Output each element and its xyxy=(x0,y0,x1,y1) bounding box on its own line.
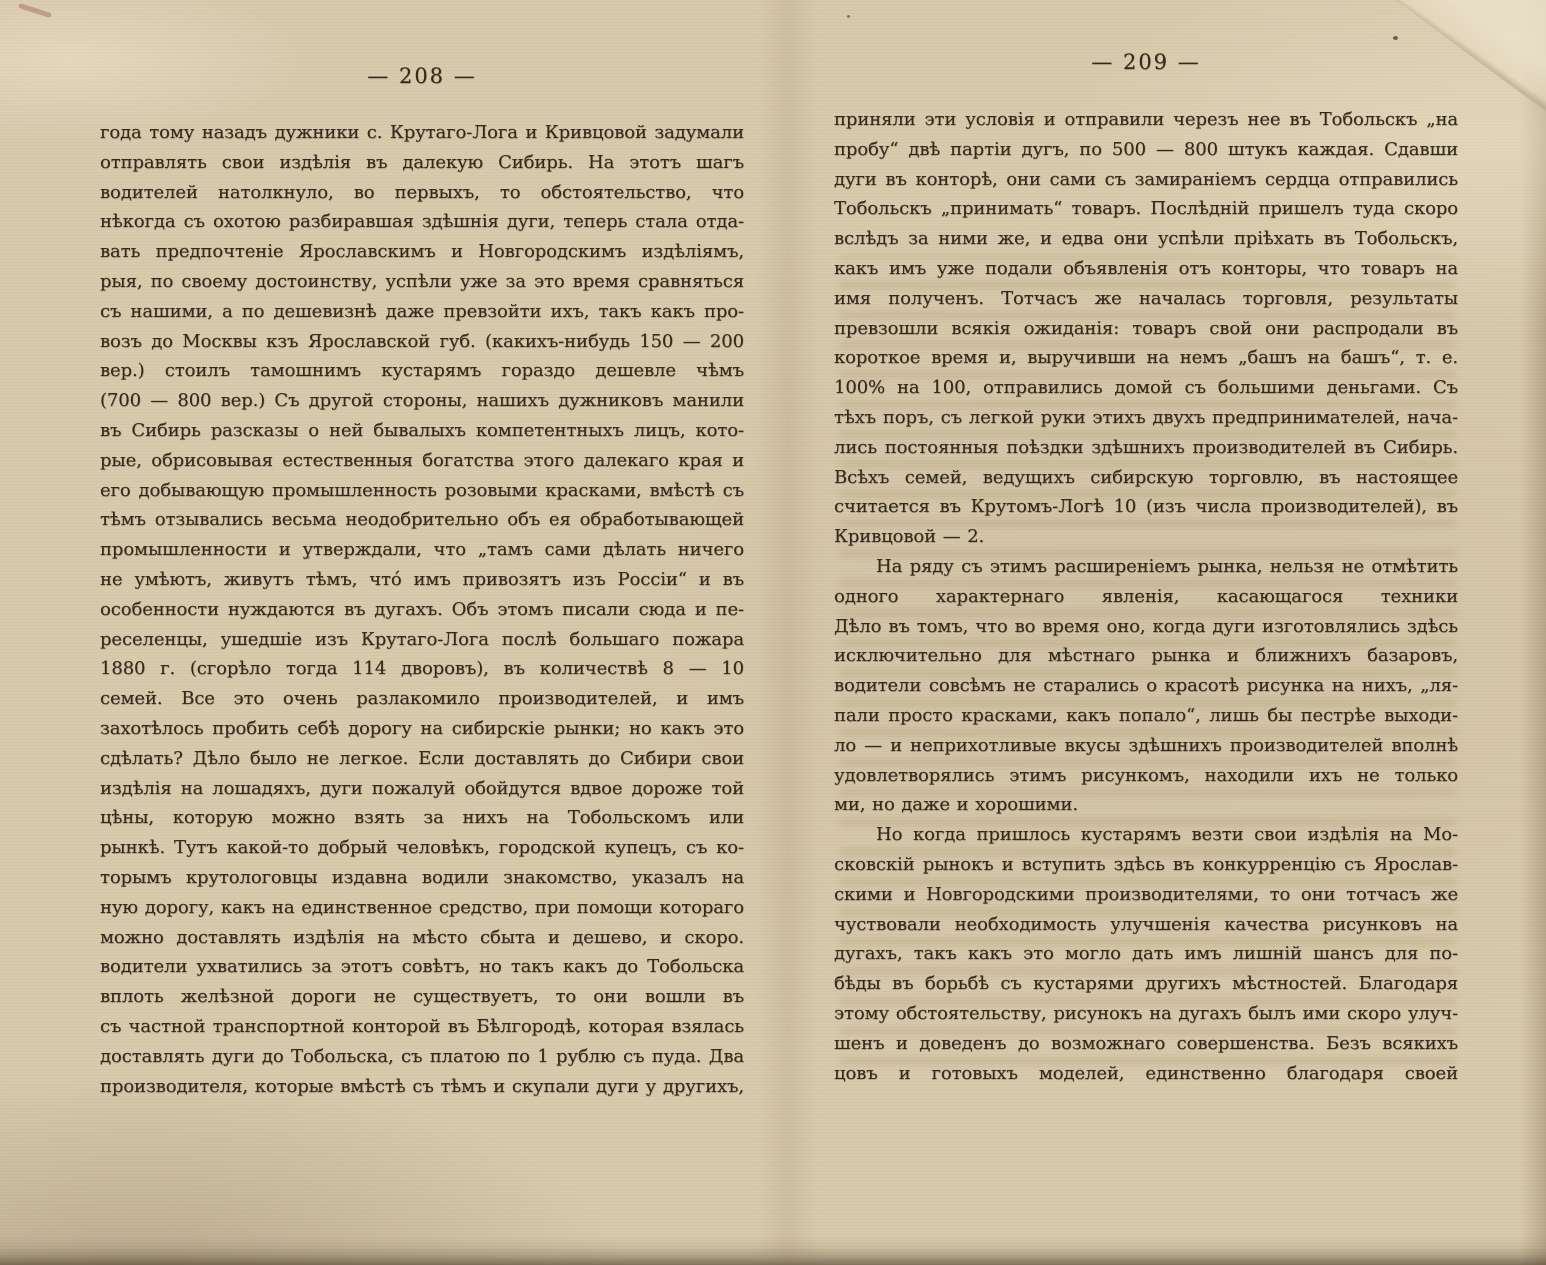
text-line: ми, но даже и хорошими. xyxy=(834,790,1458,820)
page-number-right: — 209 — xyxy=(834,50,1458,74)
text-line: Дѣло въ томъ, что во время оно, когда ду… xyxy=(834,612,1458,642)
page-208-text-body: года тому назадъ дужники с. Крутаго-Лога… xyxy=(100,118,744,1101)
text-line: превзошли всякія ожиданія: товаръ свой о… xyxy=(834,314,1458,344)
paragraph: На ряду съ этимъ расширеніемъ рынка, нел… xyxy=(834,552,1458,820)
text-line: производителя, которые вмѣстѣ съ тѣмъ и … xyxy=(100,1072,744,1102)
page-209-text-body: приняли эти условія и отправили черезъ н… xyxy=(834,105,1458,1088)
text-line: Всѣхъ семей, ведущихъ сибирскую торговлю… xyxy=(834,463,1458,493)
text-line: Тобольскъ „принимать“ товаръ. Послѣдній … xyxy=(834,194,1458,224)
text-line: считается въ Крутомъ-Логѣ 10 (изъ числа … xyxy=(834,492,1458,522)
text-line: рыя, по своему достоинству, успѣли уже з… xyxy=(100,267,744,297)
text-line: этому обстоятельству, рисунокъ на дугахъ… xyxy=(834,999,1458,1029)
text-line: вать предпочтеніе Ярославскимъ и Новгоро… xyxy=(100,237,744,267)
text-line: удовлетворялись этимъ рисункомъ, находил… xyxy=(834,761,1458,791)
text-line: тѣхъ поръ, съ легкой руки этихъ двухъ пр… xyxy=(834,403,1458,433)
stain xyxy=(18,3,52,18)
text-line: съ нашими, а по дешевизнѣ даже превзойти… xyxy=(100,297,744,327)
page-number-left: — 208 — xyxy=(100,64,744,88)
text-line: На ряду съ этимъ расширеніемъ рынка, нел… xyxy=(834,552,1458,582)
text-line: Кривцовой — 2. xyxy=(834,522,1458,552)
text-line: захотѣлось пробить себѣ дорогу на сибирс… xyxy=(100,714,744,744)
text-line: его добывающую промышленность розовыми к… xyxy=(100,476,744,506)
text-line: Но когда пришлось кустарямъ везти свои и… xyxy=(834,820,1458,850)
stain xyxy=(1393,36,1398,40)
text-line: лись постоянныя поѣздки здѣшнихъ произво… xyxy=(834,433,1458,463)
text-line: рынкѣ. Тутъ какой-то добрый человѣкъ, го… xyxy=(100,833,744,863)
paragraph: приняли эти условія и отправили черезъ н… xyxy=(834,105,1458,552)
text-line: сковскій рынокъ и вступить здѣсь въ конк… xyxy=(834,850,1458,880)
text-line: ло — и неприхотливые вкусы здѣшнихъ прои… xyxy=(834,731,1458,761)
text-line: бѣды въ борьбѣ съ кустарями другихъ мѣст… xyxy=(834,969,1458,999)
text-line: пали просто красками, какъ попало“, лишь… xyxy=(834,701,1458,731)
text-line: приняли эти условія и отправили черезъ н… xyxy=(834,105,1458,135)
text-line: короткое время и, выручивши на немъ „баш… xyxy=(834,343,1458,373)
text-line: реселенцы, ушедшіе изъ Крутаго-Лога посл… xyxy=(100,625,744,655)
text-line: цѣны, которую можно взять за нихъ на Тоб… xyxy=(100,803,744,833)
text-line: цовъ и готовыхъ моделей, единственно бла… xyxy=(834,1059,1458,1089)
text-line: дугахъ, такъ какъ это могло дать имъ лиш… xyxy=(834,939,1458,969)
text-line: (700 — 800 вер.) Съ другой стороны, наши… xyxy=(100,386,744,416)
text-line: семей. Все это очень разлакомило произво… xyxy=(100,684,744,714)
text-line: 1880 г. (сгорѣло тогда 114 дворовъ), въ … xyxy=(100,654,744,684)
text-line: вплоть желѣзной дороги не существуетъ, т… xyxy=(100,982,744,1012)
text-line: чуствовали необходимость улучшенія качес… xyxy=(834,910,1458,940)
text-line: дуги въ конторѣ, они сами съ замираніемъ… xyxy=(834,165,1458,195)
text-line: возъ до Москвы кзъ Ярославской губ. (как… xyxy=(100,327,744,357)
text-line: скими и Новгородскими производителями, т… xyxy=(834,880,1458,910)
text-line: отправлять свои издѣлія въ далекую Сибир… xyxy=(100,148,744,178)
text-line: доставлять дуги до Тобольска, съ платою … xyxy=(100,1042,744,1072)
text-line: пробу“ двѣ партіи дугъ, по 500 — 800 шту… xyxy=(834,135,1458,165)
text-line: вер.) стоилъ тамошнимъ кустарямъ гораздо… xyxy=(100,356,744,386)
text-line: одного характернаго явленія, касающагося… xyxy=(834,582,1458,612)
text-line: шенъ и доведенъ до возможнаго совершенст… xyxy=(834,1029,1458,1059)
text-line: имя полученъ. Тотчасъ же началась торгов… xyxy=(834,284,1458,314)
text-line: не умѣютъ, живутъ тѣмъ, что́ имъ привозя… xyxy=(100,565,744,595)
text-line: съ частной транспортной конторой въ Бѣлг… xyxy=(100,1012,744,1042)
text-line: тѣмъ отзывались весьма неодобрительно об… xyxy=(100,505,744,535)
text-line: какъ имъ уже подали объявленія отъ конто… xyxy=(834,254,1458,284)
text-line: можно доставлять издѣлія на мѣсто сбыта … xyxy=(100,923,744,953)
text-line: водители ухватились за этотъ совѣтъ, но … xyxy=(100,952,744,982)
page-209: — 209 — приняли эти условія и отправили … xyxy=(834,50,1458,1120)
text-line: торымъ крутологовцы издавна водили знако… xyxy=(100,863,744,893)
text-line: исключительно для мѣстнаго рынка и ближн… xyxy=(834,641,1458,671)
text-line: рые, обрисовывая естественныя богатства … xyxy=(100,446,744,476)
text-line: сдѣлать? Дѣло было не легкое. Если доста… xyxy=(100,744,744,774)
text-line: водителей натолкнуло, во первыхъ, то обс… xyxy=(100,178,744,208)
text-line: нѣкогда съ охотою разбиравшая здѣшнія ду… xyxy=(100,207,744,237)
text-line: водители совсѣмъ не старались о красотѣ … xyxy=(834,671,1458,701)
paragraph: года тому назадъ дужники с. Крутаго-Лога… xyxy=(100,118,744,1101)
text-line: вслѣдъ за ними же, и едва они успѣли прі… xyxy=(834,224,1458,254)
text-line: 100% на 100, отправились домой съ больши… xyxy=(834,373,1458,403)
text-line: промышленности и утверждали, что „тамъ с… xyxy=(100,535,744,565)
page-208: — 208 — года тому назадъ дужники с. Крут… xyxy=(100,64,744,1124)
book-scan: { "colors": { "paper": "#d8caad", "ink":… xyxy=(0,0,1546,1265)
paragraph: Но когда пришлось кустарямъ везти свои и… xyxy=(834,820,1458,1088)
stain xyxy=(847,15,850,18)
text-line: ную дорогу, какъ на единственное средств… xyxy=(100,893,744,923)
text-line: года тому назадъ дужники с. Крутаго-Лога… xyxy=(100,118,744,148)
text-line: особенности нуждаются въ дугахъ. Объ это… xyxy=(100,595,744,625)
text-line: въ Сибирь разсказы о ней бывалыхъ компет… xyxy=(100,416,744,446)
text-line: издѣлія на лошадяхъ, дуги пожалуй обойду… xyxy=(100,774,744,804)
page-gutter-shadow xyxy=(756,0,820,1265)
